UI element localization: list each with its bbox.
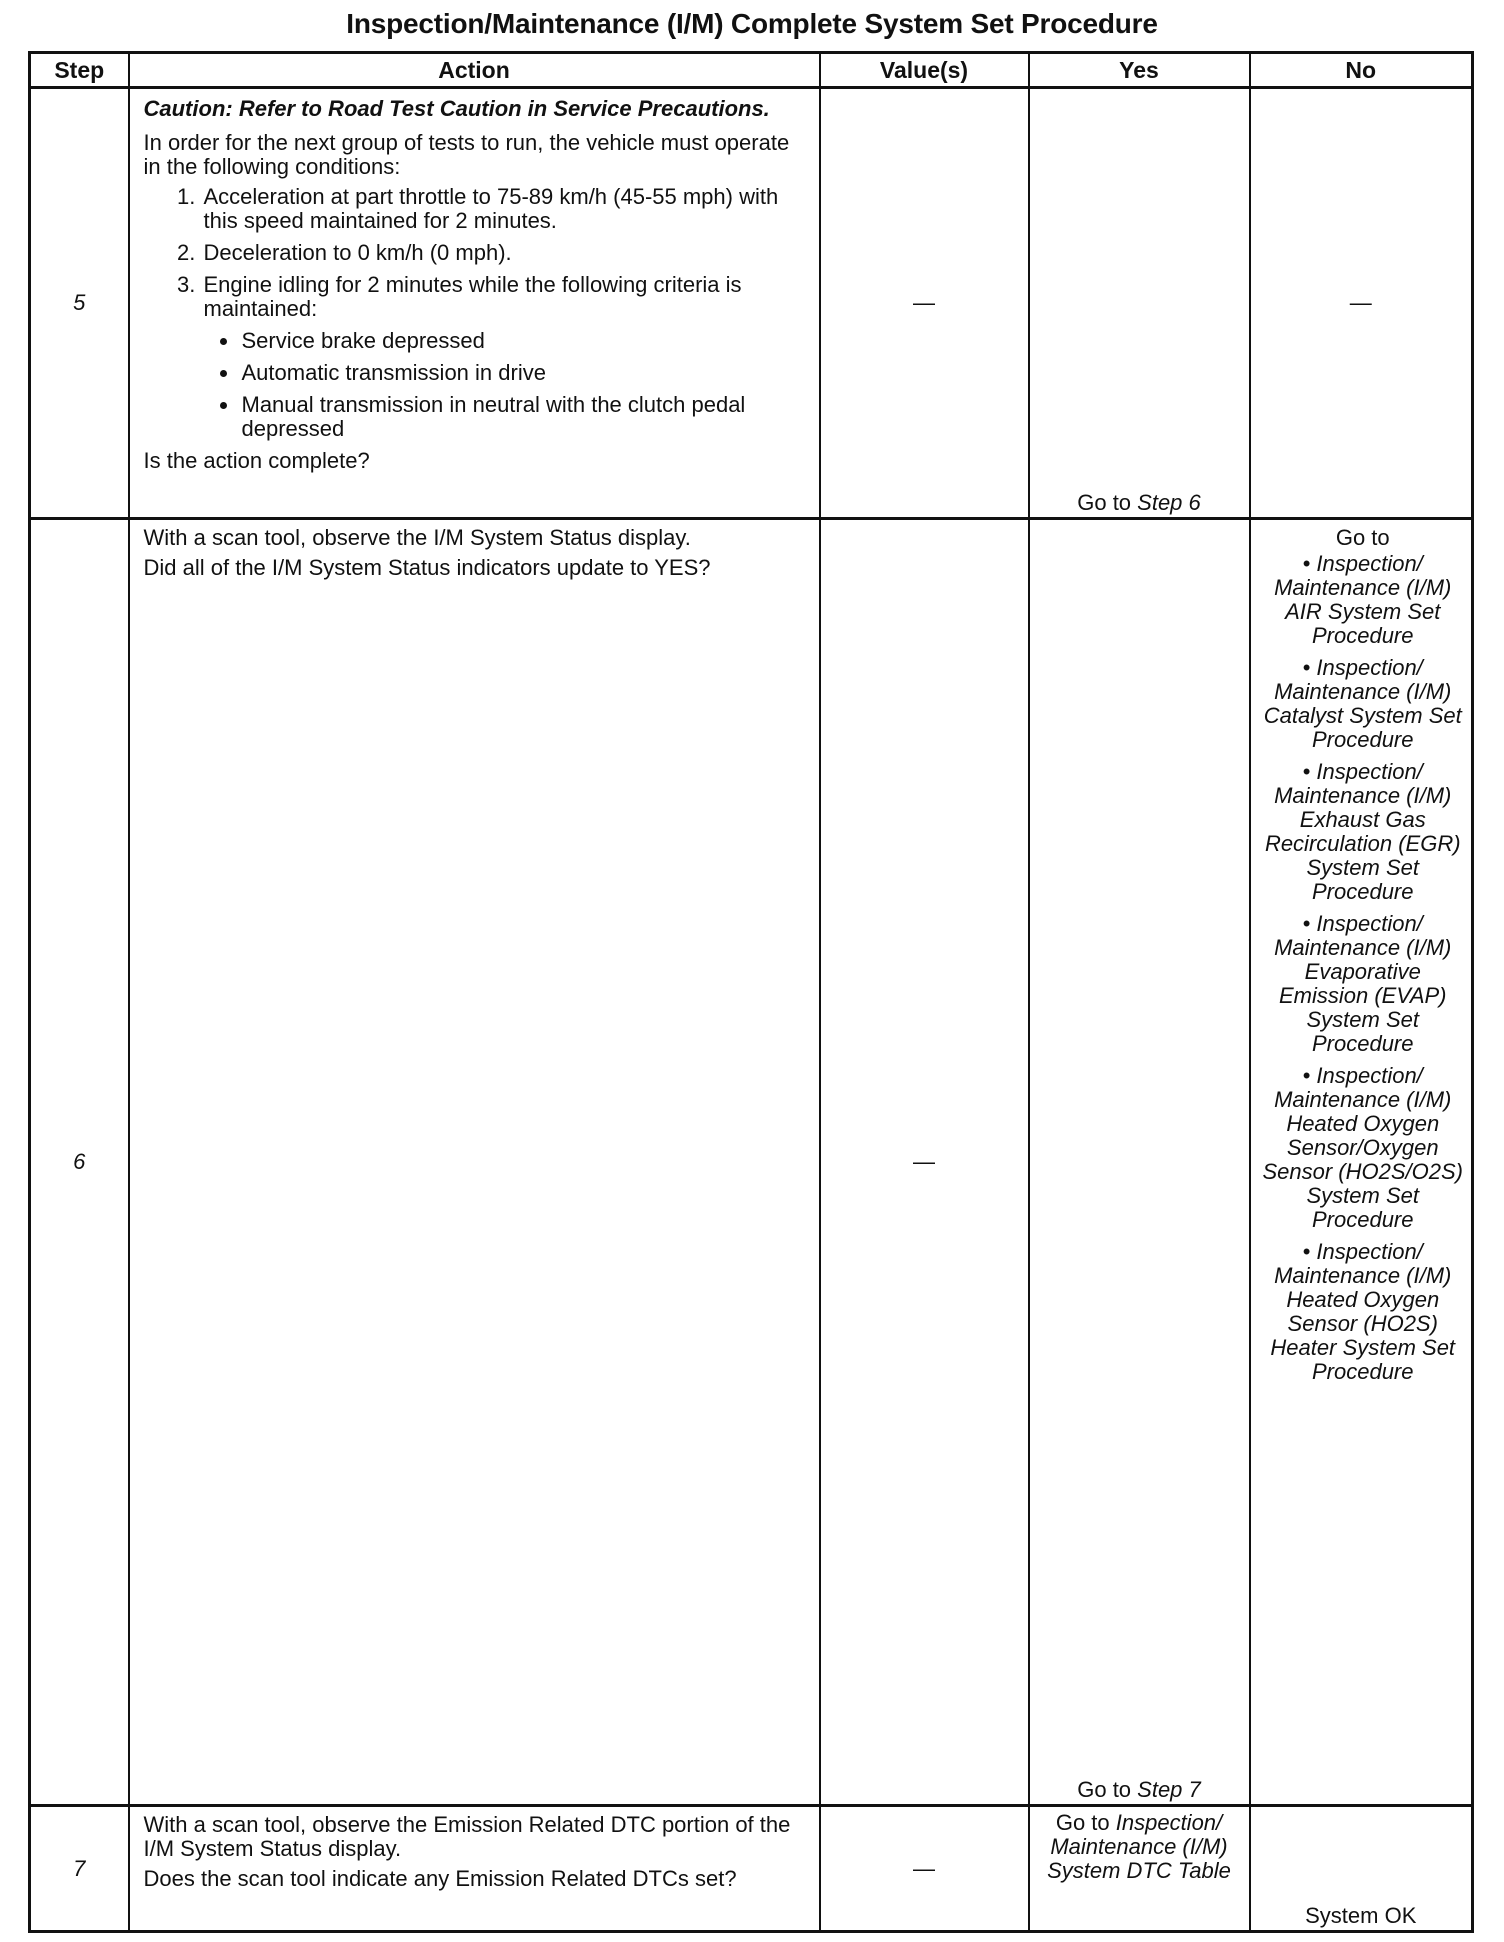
action-intro: In order for the next group of tests to … [144,131,809,179]
no-prefix: Go to [1259,526,1468,550]
column-header-no: No [1250,53,1473,88]
bullet-icon: • [1303,1063,1311,1088]
yes-cell: Go to Step 6 [1029,88,1250,519]
bullet-icon: • [1303,759,1311,784]
table-row-step-7: 7 With a scan tool, observe the Emission… [30,1806,1473,1932]
ho2s-heater-procedure-link[interactable]: •Inspection/ Maintenance (I/M) Heated Ox… [1259,1240,1468,1384]
bullet-icon: • [1303,1239,1311,1264]
yes-prefix: Go to [1056,1810,1116,1835]
condition-item: Deceleration to 0 km/h (0 mph). [202,241,809,265]
action-question: Does the scan tool indicate any Emission… [144,1867,809,1891]
criteria-item: Automatic transmission in drive [240,361,809,385]
bullet-icon: • [1303,655,1311,680]
goto-step-6-link[interactable]: Step 6 [1137,490,1201,515]
no-cell: Go to •Inspection/ Maintenance (I/M) AIR… [1250,519,1473,1806]
criteria-list: Service brake depressed Automatic transm… [204,329,809,441]
step-number: 7 [30,1806,129,1932]
column-header-step: Step [30,53,129,88]
action-cell: With a scan tool, observe the Emission R… [129,1806,820,1932]
system-ok-text: System OK [1251,1904,1472,1928]
yes-cell: Go to Step 7 [1029,519,1250,1806]
column-header-yes: Yes [1029,53,1250,88]
step-number: 5 [30,88,129,519]
action-cell: With a scan tool, observe the I/M System… [129,519,820,1806]
column-header-action: Action [129,53,820,88]
value-cell: — [820,1806,1029,1932]
conditions-list: Acceleration at part throttle to 75-89 k… [144,185,809,441]
evap-procedure-link[interactable]: •Inspection/ Maintenance (I/M) Evaporati… [1259,912,1468,1056]
procedure-table: Step Action Value(s) Yes No 5 Caution: R… [28,51,1474,1933]
air-procedure-link[interactable]: •Inspection/ Maintenance (I/M) AIR Syste… [1259,552,1468,648]
page-title: Inspection/Maintenance (I/M) Complete Sy… [0,8,1504,40]
action-line: With a scan tool, observe the I/M System… [144,526,809,550]
no-cell: — [1250,88,1473,519]
criteria-item: Service brake depressed [240,329,809,353]
bullet-icon: • [1303,911,1311,936]
step-number: 6 [30,519,129,1806]
condition-item: Acceleration at part throttle to 75-89 k… [202,185,809,233]
value-cell: — [820,88,1029,519]
yes-cell: Go to Inspection/ Maintenance (I/M) Syst… [1029,1806,1250,1932]
table-row-step-6: 6 With a scan tool, observe the I/M Syst… [30,519,1473,1806]
procedure-links-list: •Inspection/ Maintenance (I/M) AIR Syste… [1259,552,1468,1384]
catalyst-procedure-link[interactable]: •Inspection/ Maintenance (I/M) Catalyst … [1259,656,1468,752]
bullet-icon: • [1303,551,1311,576]
action-cell: Caution: Refer to Road Test Caution in S… [129,88,820,519]
action-line: With a scan tool, observe the Emission R… [144,1813,809,1861]
action-question: Did all of the I/M System Status indicat… [144,556,809,580]
table-header-row: Step Action Value(s) Yes No [30,53,1473,88]
yes-prefix: Go to [1077,490,1137,515]
action-question: Is the action complete? [144,449,809,473]
egr-procedure-link[interactable]: •Inspection/ Maintenance (I/M) Exhaust G… [1259,760,1468,904]
yes-prefix: Go to [1077,1777,1137,1802]
table-row-step-5: 5 Caution: Refer to Road Test Caution in… [30,88,1473,519]
value-cell: — [820,519,1029,1806]
condition-item: Engine idling for 2 minutes while the fo… [202,273,809,441]
column-header-values: Value(s) [820,53,1029,88]
criteria-item: Manual transmission in neutral with the … [240,393,809,441]
caution-note: Caution: Refer to Road Test Caution in S… [144,97,809,121]
ho2s-o2s-procedure-link[interactable]: •Inspection/ Maintenance (I/M) Heated Ox… [1259,1064,1468,1232]
no-cell: System OK [1250,1806,1473,1932]
goto-step-7-link[interactable]: Step 7 [1137,1777,1201,1802]
